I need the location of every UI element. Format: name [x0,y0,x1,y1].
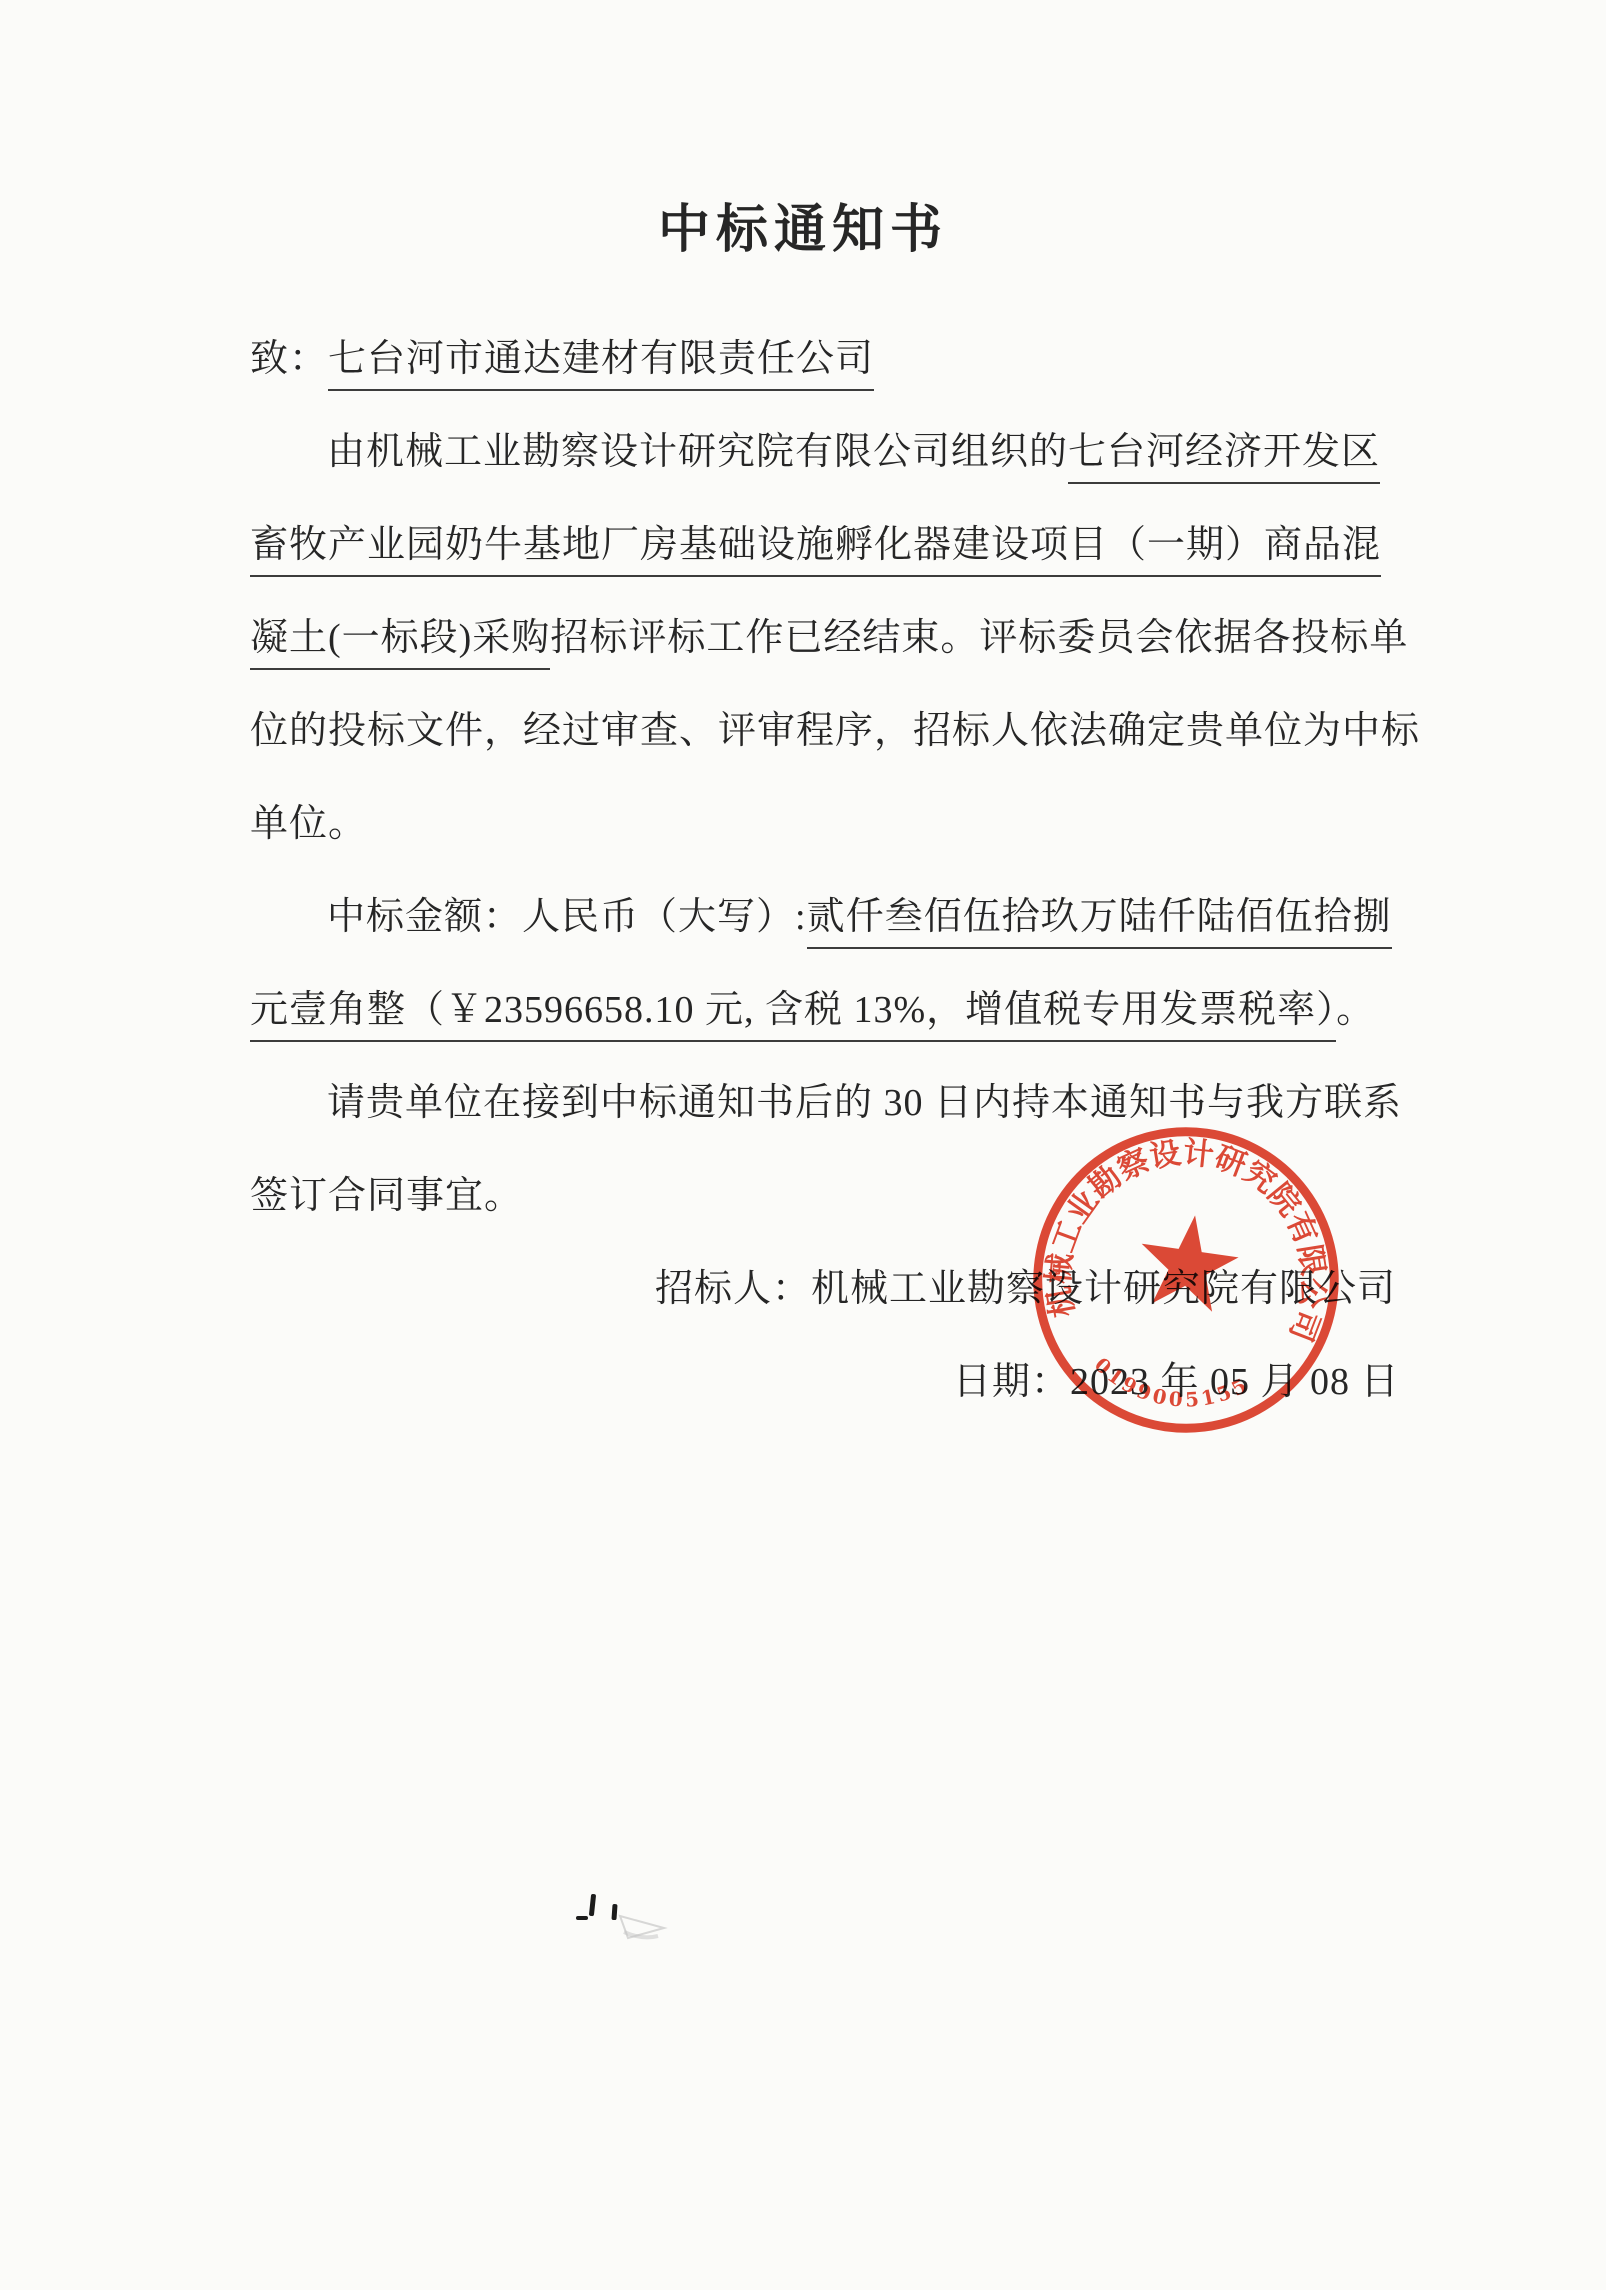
body-text: 由机械工业勘察设计研究院有限公司组织的 [327,431,1068,473]
body-line: 由机械工业勘察设计研究院有限公司组织的七台河经济开发区 [250,406,1374,499]
body-line: 单位。 [250,778,1374,871]
amount-in-figures-underlined: 元壹角整（￥23596658.10 元, 含税 13%，增值税专用发票税率） [250,989,1336,1042]
date-label: 日期： [953,1361,1070,1403]
body-text: 请贵单位在接到中标通知书后的 30 日内持本通知书与我方联系 [327,1082,1402,1124]
body-line: 位的投标文件，经过审查、评审程序，招标人依法确定贵单位为中标 [250,685,1374,778]
signature-bidder-line: 招标人：机械工业勘察设计研究院有限公司 [250,1243,1374,1336]
amount-line: 元壹角整（￥23596658.10 元, 含税 13%，增值税专用发票税率）。 [250,964,1374,1057]
body-text: 签订合同事宜。 [250,1175,523,1217]
bidder-name: 机械工业勘察设计研究院有限公司 [811,1268,1396,1310]
recipient-label: 致： [250,338,328,380]
project-name-underlined: 凝土(一标段)采购 [250,617,550,670]
body-line: 请贵单位在接到中标通知书后的 30 日内持本通知书与我方联系 [250,1057,1374,1150]
body-line: 畜牧产业园奶牛基地厂房基础设施孵化器建设项目（一期）商品混 [250,499,1374,592]
bidder-label: 招标人： [655,1268,811,1310]
signature-date-line: 日期：2023 年 05 月 08 日 [250,1336,1374,1429]
notice-document-page: 中标通知书 致：七台河市通达建材有限责任公司 由机械工业勘察设计研究院有限公司组… [0,0,1606,2290]
amount-line: 中标金额：人民币（大写）:贰仟叁佰伍拾玖万陆仟陆佰伍拾捌 [250,871,1374,964]
document-body: 致：七台河市通达建材有限责任公司 由机械工业勘察设计研究院有限公司组织的七台河经… [250,313,1374,1429]
body-text: 单位。 [250,803,367,845]
document-title: 中标通知书 [0,196,1606,266]
project-name-underlined: 七台河经济开发区 [1068,431,1380,484]
body-line: 签订合同事宜。 [250,1150,1374,1243]
body-text: 位的投标文件，经过审查、评审程序，招标人依法确定贵单位为中标 [250,710,1420,752]
recipient-company: 七台河市通达建材有限责任公司 [328,338,874,391]
recipient-line: 致：七台河市通达建材有限责任公司 [250,313,1374,406]
project-name-underlined: 畜牧产业园奶牛基地厂房基础设施孵化器建设项目（一期）商品混 [250,524,1381,577]
body-line: 凝土(一标段)采购招标评标工作已经结束。评标委员会依据各投标单 [250,592,1374,685]
date-value: 2023 年 05 月 08 日 [1070,1361,1400,1403]
amount-label: 中标金额：人民币（大写）: [327,896,807,938]
amount-in-words-underlined: 贰仟叁佰伍拾玖万陆仟陆佰伍拾捌 [807,896,1392,949]
body-text: 招标评标工作已经结束。评标委员会依据各投标单 [550,617,1408,659]
body-text: 。 [1336,989,1375,1031]
ink-smudge [568,1886,688,1946]
